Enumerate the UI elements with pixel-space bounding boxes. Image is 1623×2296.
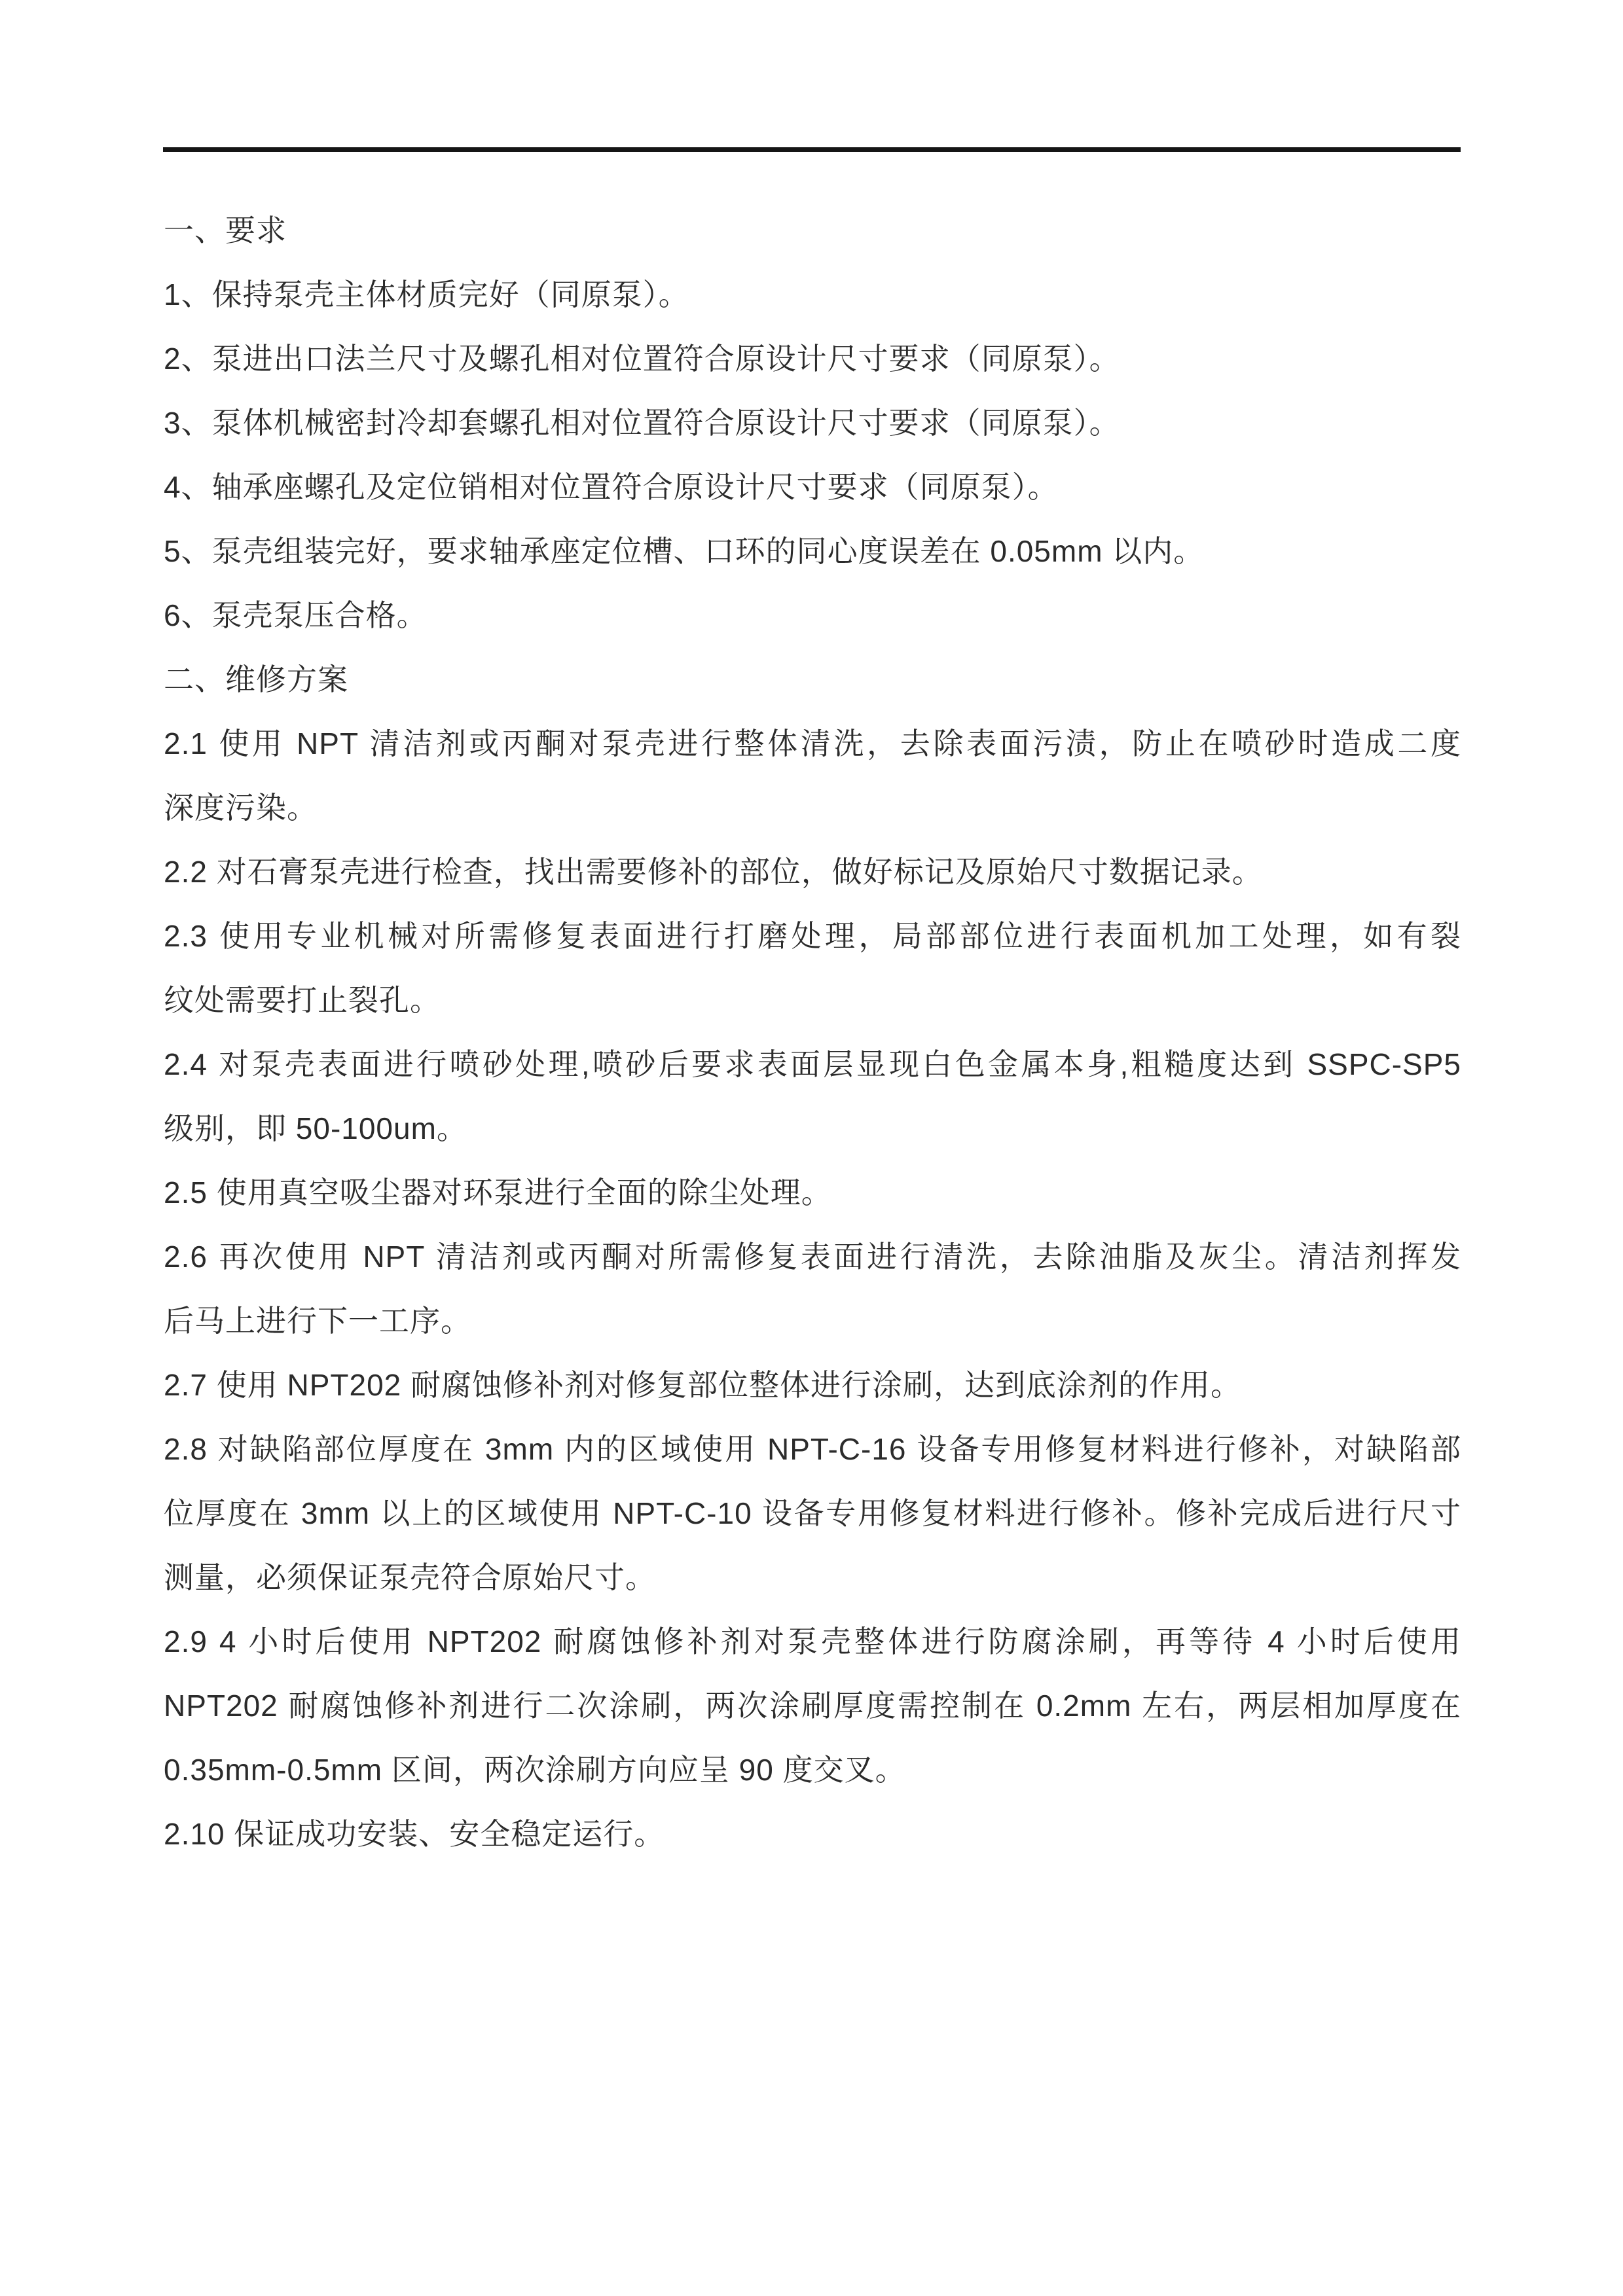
document-body: 一、要求 1、保持泵壳主体材质完好（同原泵）。 2、泵进出口法兰尺寸及螺孔相对位…: [164, 198, 1461, 1866]
paragraph-2-2: 2.2 对石膏泵壳进行检查，找出需要修补的部位，做好标记及原始尺寸数据记录。: [164, 840, 1461, 904]
document-page: 一、要求 1、保持泵壳主体材质完好（同原泵）。 2、泵进出口法兰尺寸及螺孔相对位…: [0, 0, 1623, 2296]
paragraph-2-1-line-1: 2.1 使用 NPT 清洁剂或丙酮对泵壳进行整体清洗，去除表面污渍，防止在喷砂时…: [164, 711, 1461, 776]
paragraph-2-10: 2.10 保证成功安装、安全稳定运行。: [164, 1802, 1461, 1866]
paragraph-2-3-line-2: 纹处需要打止裂孔。: [164, 968, 1461, 1032]
paragraph-2-7: 2.7 使用 NPT202 耐腐蚀修补剂对修复部位整体进行涂刷，达到底涂剂的作用…: [164, 1353, 1461, 1417]
paragraph-2-6-line-2: 后马上进行下一工序。: [164, 1289, 1461, 1353]
header-divider-rule: [163, 147, 1461, 152]
section-heading-repair-plan: 二、维修方案: [164, 647, 1461, 711]
paragraph-2-4-line-1: 2.4 对泵壳表面进行喷砂处理,喷砂后要求表面层显现白色金属本身,粗糙度达到 S…: [164, 1032, 1461, 1096]
list-item-5: 5、泵壳组装完好，要求轴承座定位槽、口环的同心度误差在 0.05mm 以内。: [164, 519, 1461, 583]
paragraph-2-3-line-1: 2.3 使用专业机械对所需修复表面进行打磨处理，局部部位进行表面机加工处理，如有…: [164, 904, 1461, 968]
list-item-1: 1、保持泵壳主体材质完好（同原泵）。: [164, 262, 1461, 327]
paragraph-2-8-line-1: 2.8 对缺陷部位厚度在 3mm 内的区域使用 NPT-C-16 设备专用修复材…: [164, 1417, 1461, 1481]
paragraph-2-9-line-2: NPT202 耐腐蚀修补剂进行二次涂刷，两次涂刷厚度需控制在 0.2mm 左右，…: [164, 1674, 1461, 1738]
paragraph-2-4-line-2: 级别，即 50-100um。: [164, 1096, 1461, 1160]
paragraph-2-5: 2.5 使用真空吸尘器对环泵进行全面的除尘处理。: [164, 1160, 1461, 1225]
paragraph-2-9-line-1: 2.9 4 小时后使用 NPT202 耐腐蚀修补剂对泵壳整体进行防腐涂刷，再等待…: [164, 1609, 1461, 1674]
paragraph-2-6-line-1: 2.6 再次使用 NPT 清洁剂或丙酮对所需修复表面进行清洗，去除油脂及灰尘。清…: [164, 1225, 1461, 1289]
list-item-6: 6、泵壳泵压合格。: [164, 583, 1461, 647]
paragraph-2-8-line-3: 测量，必须保证泵壳符合原始尺寸。: [164, 1545, 1461, 1609]
list-item-2: 2、泵进出口法兰尺寸及螺孔相对位置符合原设计尺寸要求（同原泵）。: [164, 327, 1461, 391]
list-item-4: 4、轴承座螺孔及定位销相对位置符合原设计尺寸要求（同原泵）。: [164, 455, 1461, 519]
list-item-3: 3、泵体机械密封冷却套螺孔相对位置符合原设计尺寸要求（同原泵）。: [164, 391, 1461, 455]
paragraph-2-1-line-2: 深度污染。: [164, 776, 1461, 840]
paragraph-2-8-line-2: 位厚度在 3mm 以上的区域使用 NPT-C-10 设备专用修复材料进行修补。修…: [164, 1481, 1461, 1545]
section-heading-requirements: 一、要求: [164, 198, 1461, 262]
paragraph-2-9-line-3: 0.35mm-0.5mm 区间，两次涂刷方向应呈 90 度交叉。: [164, 1738, 1461, 1802]
